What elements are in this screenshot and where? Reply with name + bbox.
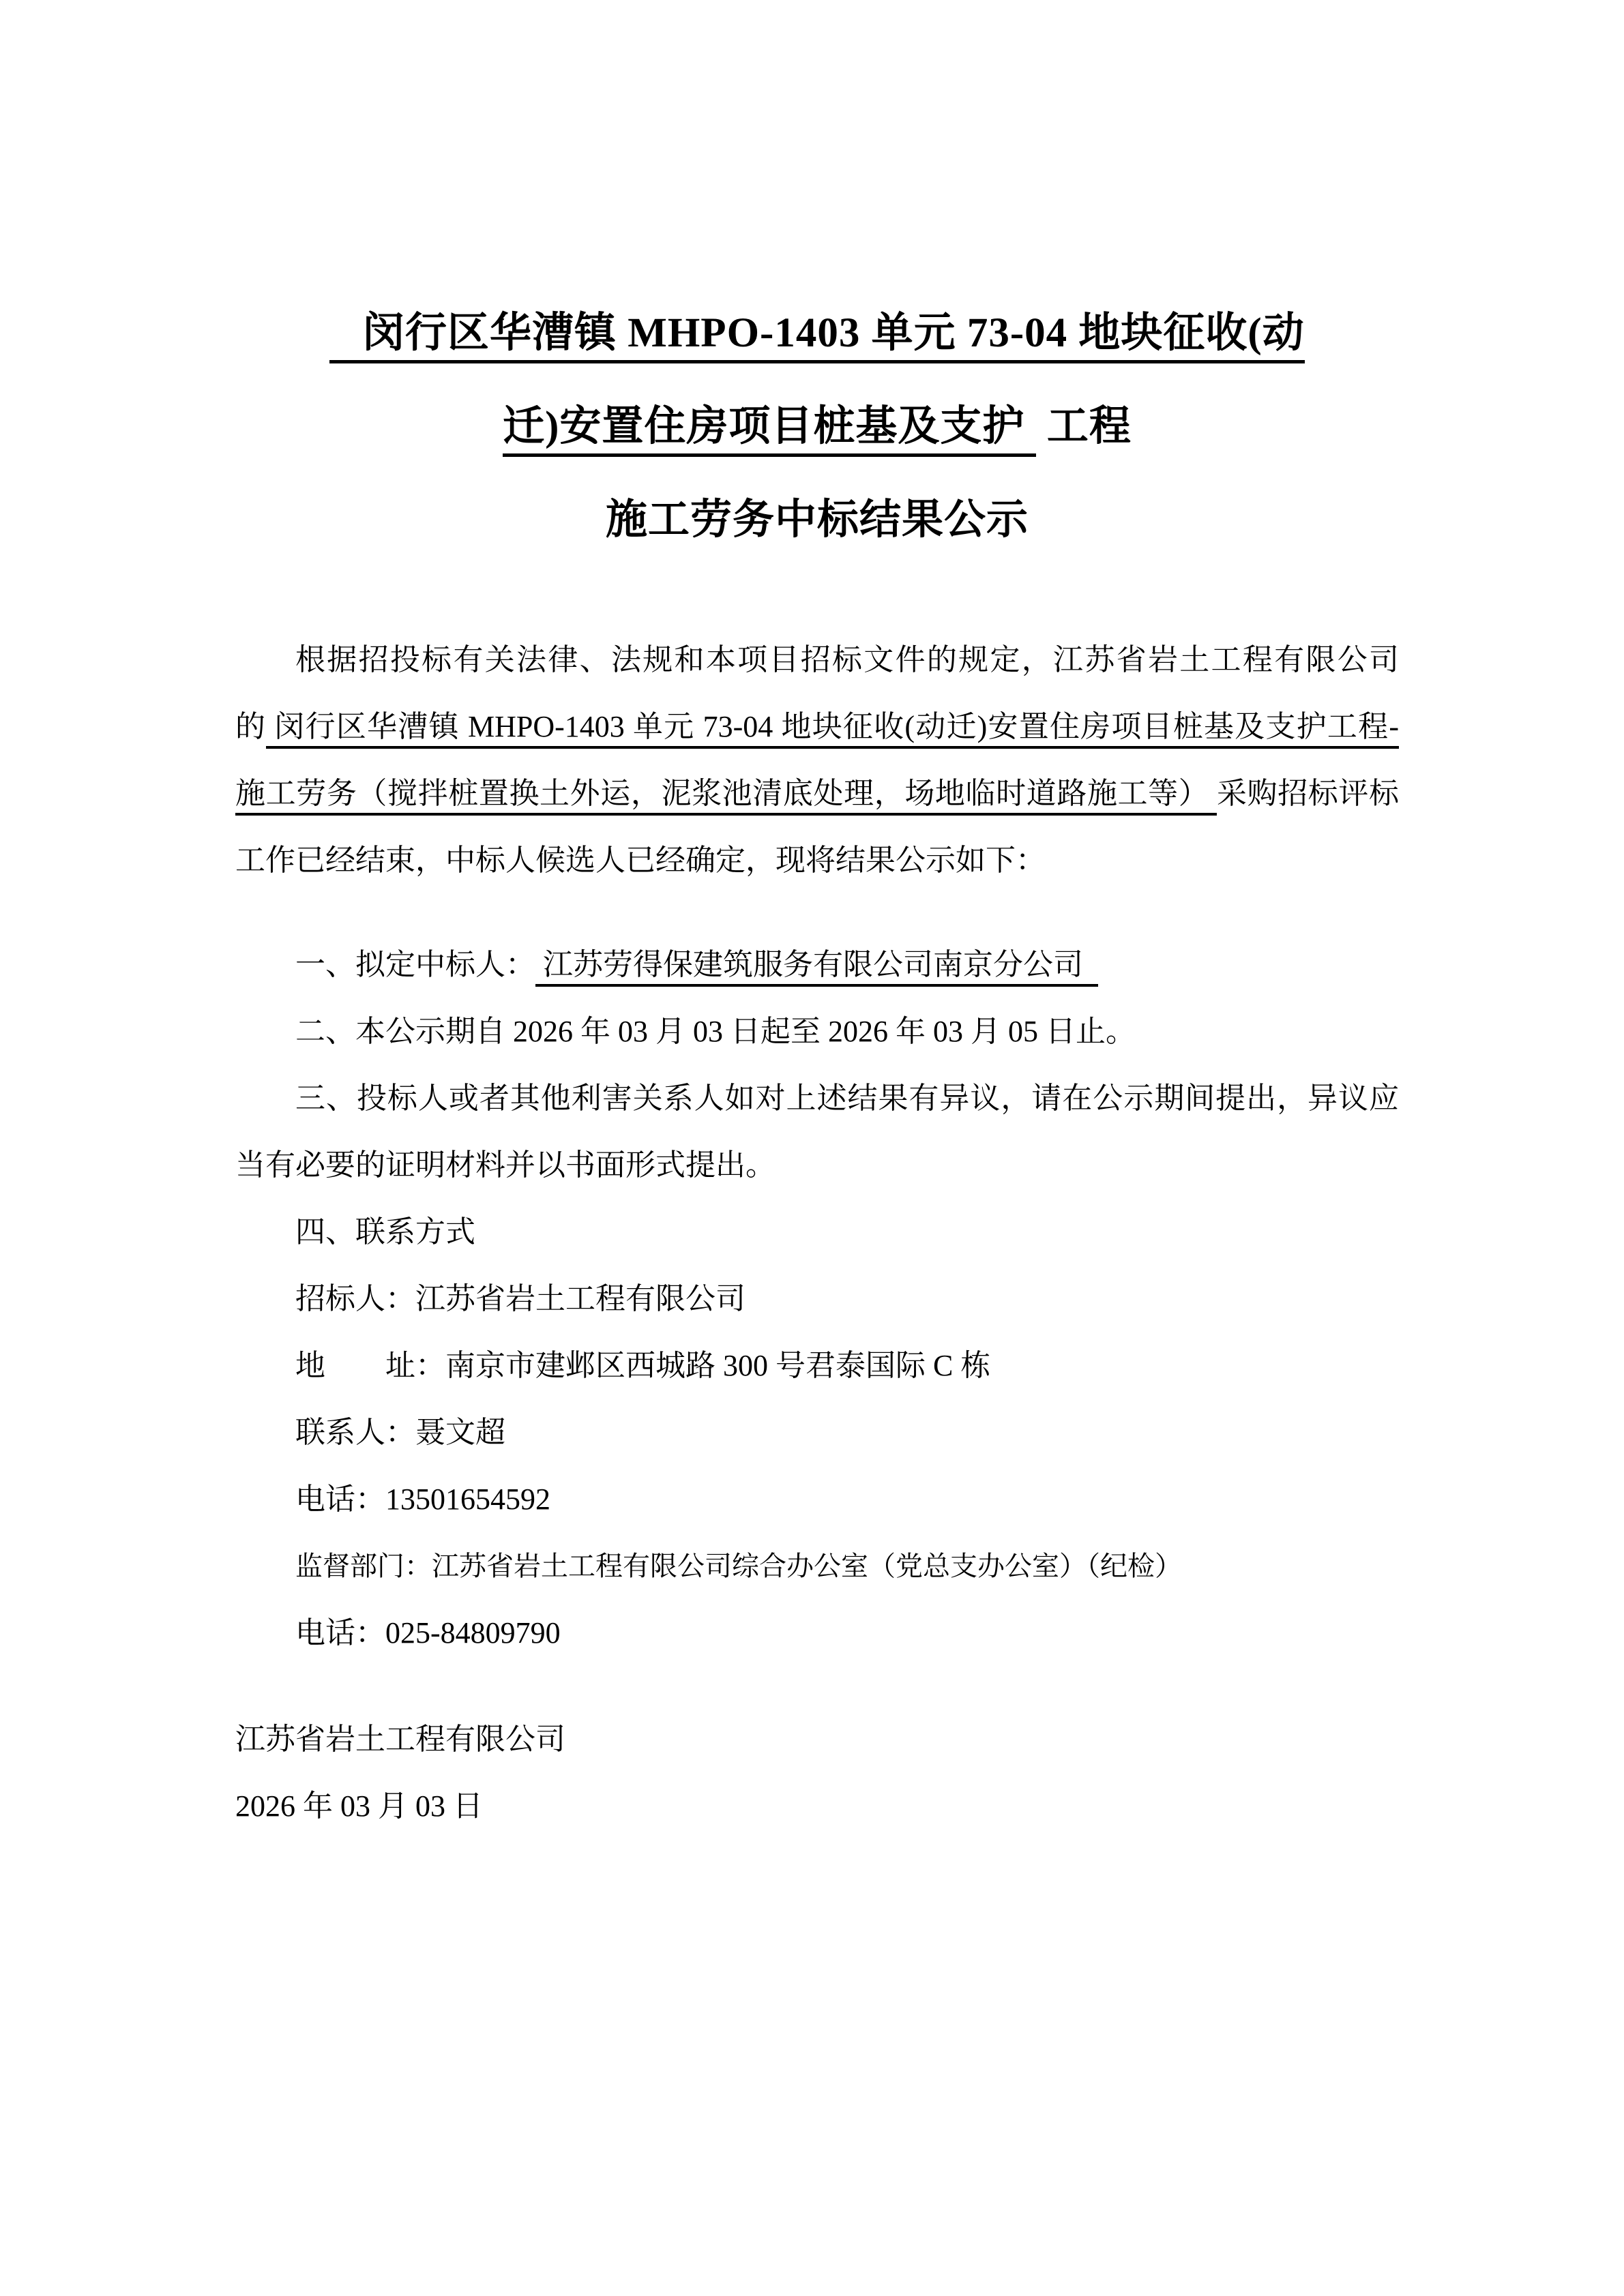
contact-supervisor: 监督部门：江苏省岩土工程有限公司综合办公室（党总支办公室）（纪检） — [235, 1533, 1399, 1600]
item-objection: 三、投标人或者其他利害关系人如对上述结果有异议，请在公示期间提出，异议应当有必要… — [235, 1065, 1399, 1199]
item-publicity-period: 二、本公示期自 2026 年 03 月 03 日起至 2026 年 03 月 0… — [235, 998, 1399, 1065]
title-line-2-underlined: 迁)安置住房项目桩基及支护 — [503, 404, 1036, 457]
item-contact-heading: 四、联系方式 — [235, 1199, 1399, 1266]
signature-date: 2026 年 03 月 03 日 — [235, 1773, 1380, 1840]
signature-company: 江苏省岩土工程有限公司 — [235, 1706, 1380, 1773]
document-title: 闵行区华漕镇 MHPO-1403 单元 73-04 地块征收(动 迁)安置住房项… — [235, 286, 1399, 567]
title-line-3-text: 施工劳务中标结果公示 — [606, 497, 1029, 543]
contact-phone: 电话：13501654592 — [235, 1466, 1399, 1533]
title-line-2: 迁)安置住房项目桩基及支护 工程 — [235, 380, 1399, 473]
signature-block: 江苏省岩土工程有限公司 2026 年 03 月 03 日 — [235, 1706, 1399, 1840]
item-winner-company-underlined: 江苏劳得保建筑服务有限公司南京分公司 — [535, 948, 1098, 987]
contact-person: 联系人：聂文超 — [235, 1399, 1399, 1466]
title-line-1: 闵行区华漕镇 MHPO-1403 单元 73-04 地块征收(动 — [235, 286, 1399, 380]
title-line-2-rest: 工程 — [1036, 404, 1132, 449]
contact-block: 招标人：江苏省岩土工程有限公司 地 址：南京市建邺区西城路 300 号君泰国际 … — [235, 1266, 1399, 1667]
contact-address: 地 址：南京市建邺区西城路 300 号君泰国际 C 栋 — [235, 1332, 1399, 1399]
contact-supervisor-phone: 电话：025-84809790 — [235, 1600, 1399, 1667]
title-line-3: 施工劳务中标结果公示 — [235, 473, 1399, 567]
title-line-1-underlined: 闵行区华漕镇 MHPO-1403 单元 73-04 地块征收(动 — [329, 310, 1304, 363]
document-page: 闵行区华漕镇 MHPO-1403 单元 73-04 地块征收(动 迁)安置住房项… — [0, 0, 1624, 2296]
items-list: 一、拟定中标人： 江苏劳得保建筑服务有限公司南京分公司 二、本公示期自 2026… — [235, 931, 1399, 1266]
contact-tenderer: 招标人：江苏省岩土工程有限公司 — [235, 1266, 1399, 1332]
item-winner-label: 一、拟定中标人： — [295, 948, 535, 981]
intro-paragraph: 根据招投标有关法律、法规和本项目招标文件的规定，江苏省岩土工程有限公司的 闵行区… — [235, 627, 1399, 894]
item-winner: 一、拟定中标人： 江苏劳得保建筑服务有限公司南京分公司 — [235, 931, 1399, 998]
